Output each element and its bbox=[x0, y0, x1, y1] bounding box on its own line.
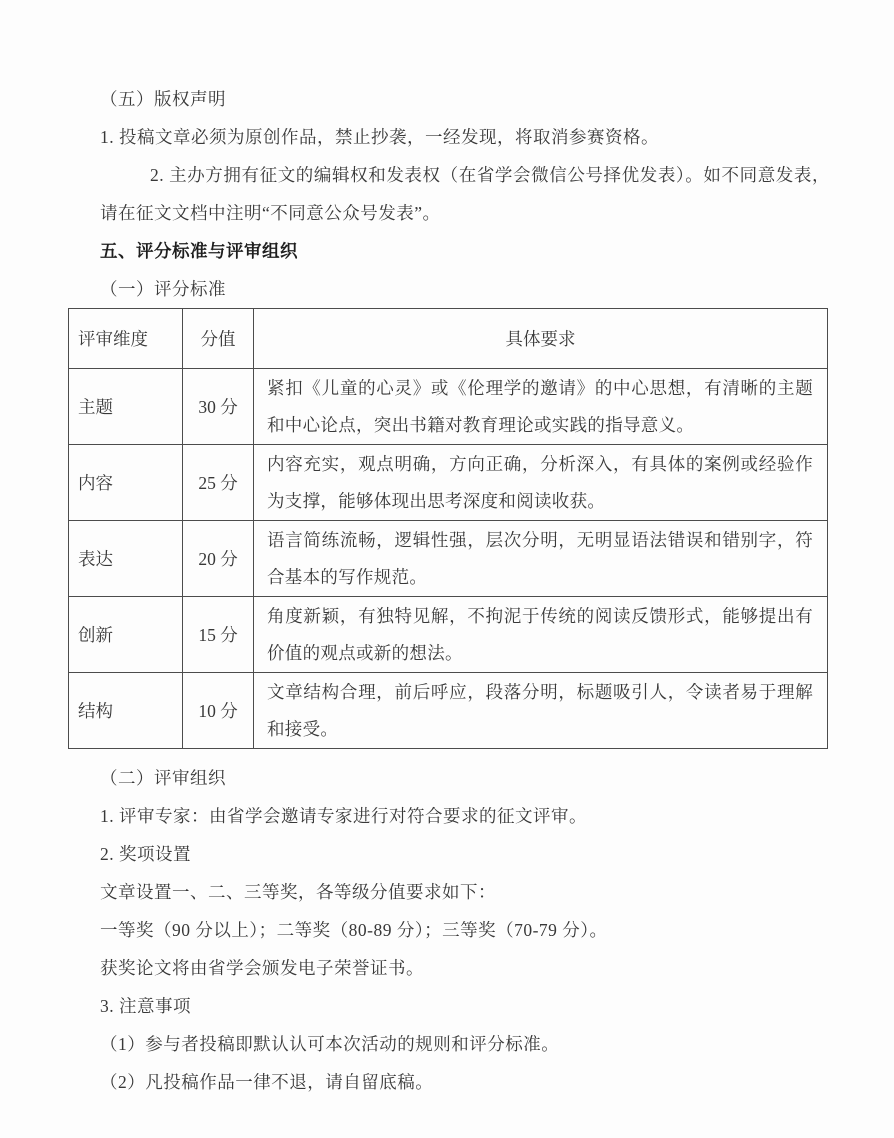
review-expert-line: 1. 评审专家：由省学会邀请专家进行对符合要求的征文评审。 bbox=[100, 797, 830, 835]
note-2-line: （2）凡投稿作品一律不退，请自留底稿。 bbox=[100, 1063, 830, 1101]
copyright-item-1: 1. 投稿文章必须为原创作品，禁止抄袭，一经发现，将取消参赛资格。 bbox=[100, 118, 830, 156]
header-requirement: 具体要求 bbox=[254, 309, 828, 369]
scoring-criteria-table: 评审维度 分值 具体要求 主题 30 分 紧扣《儿童的心灵》或《伦理学的邀请》的… bbox=[68, 308, 828, 749]
header-score: 分值 bbox=[183, 309, 254, 369]
document-page: （五）版权声明 1. 投稿文章必须为原创作品，禁止抄袭，一经发现，将取消参赛资格… bbox=[0, 0, 894, 1138]
section-5-heading: 五、评分标准与评审组织 bbox=[100, 232, 830, 270]
row-requirement: 内容充实，观点明确，方向正确，分析深入，有具体的案例或经验作为支撑，能够体现出思… bbox=[254, 445, 828, 521]
row-dimension: 表达 bbox=[69, 521, 183, 597]
table-row: 内容 25 分 内容充实，观点明确，方向正确，分析深入，有具体的案例或经验作为支… bbox=[69, 445, 828, 521]
awards-heading: 2. 奖项设置 bbox=[100, 835, 830, 873]
row-requirement: 角度新颖，有独特见解，不拘泥于传统的阅读反馈形式，能够提出有价值的观点或新的想法… bbox=[254, 597, 828, 673]
table-row: 主题 30 分 紧扣《儿童的心灵》或《伦理学的邀请》的中心思想，有清晰的主题和中… bbox=[69, 369, 828, 445]
awards-certificate-line: 获奖论文将由省学会颁发电子荣誉证书。 bbox=[100, 949, 830, 987]
header-dimension: 评审维度 bbox=[69, 309, 183, 369]
row-score: 20 分 bbox=[183, 521, 254, 597]
row-requirement: 文章结构合理，前后呼应，段落分明，标题吸引人，令读者易于理解和接受。 bbox=[254, 673, 828, 749]
row-dimension: 主题 bbox=[69, 369, 183, 445]
table-header-row: 评审维度 分值 具体要求 bbox=[69, 309, 828, 369]
row-requirement: 紧扣《儿童的心灵》或《伦理学的邀请》的中心思想，有清晰的主题和中心论点，突出书籍… bbox=[254, 369, 828, 445]
row-dimension: 结构 bbox=[69, 673, 183, 749]
review-org-heading: （二）评审组织 bbox=[100, 759, 830, 797]
row-score: 10 分 bbox=[183, 673, 254, 749]
row-score: 15 分 bbox=[183, 597, 254, 673]
awards-levels-line: 一等奖（90 分以上）；二等奖（80-89 分）；三等奖（70-79 分）。 bbox=[100, 911, 830, 949]
row-score: 30 分 bbox=[183, 369, 254, 445]
copyright-heading: （五）版权声明 bbox=[100, 80, 830, 118]
row-dimension: 创新 bbox=[69, 597, 183, 673]
row-dimension: 内容 bbox=[69, 445, 183, 521]
notes-heading: 3. 注意事项 bbox=[100, 987, 830, 1025]
copyright-item-2: 2. 主办方拥有征文的编辑权和发表权（在省学会微信公号择优发表）。如不同意发表，… bbox=[100, 156, 830, 232]
row-score: 25 分 bbox=[183, 445, 254, 521]
row-requirement: 语言简练流畅，逻辑性强，层次分明，无明显语法错误和错别字，符合基本的写作规范。 bbox=[254, 521, 828, 597]
scoring-criteria-heading: （一）评分标准 bbox=[100, 270, 830, 308]
awards-intro-line: 文章设置一、二、三等奖，各等级分值要求如下： bbox=[100, 873, 830, 911]
table-row: 结构 10 分 文章结构合理，前后呼应，段落分明，标题吸引人，令读者易于理解和接… bbox=[69, 673, 828, 749]
note-1-line: （1）参与者投稿即默认认可本次活动的规则和评分标准。 bbox=[100, 1025, 830, 1063]
table-row: 创新 15 分 角度新颖，有独特见解，不拘泥于传统的阅读反馈形式，能够提出有价值… bbox=[69, 597, 828, 673]
table-row: 表达 20 分 语言简练流畅，逻辑性强，层次分明，无明显语法错误和错别字，符合基… bbox=[69, 521, 828, 597]
